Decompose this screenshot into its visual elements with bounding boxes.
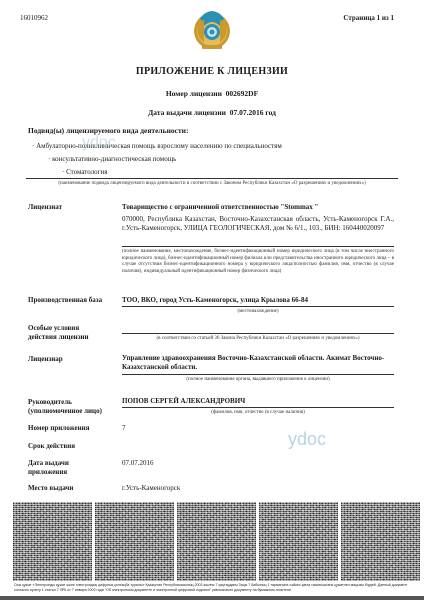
license-date-value: 07.07.2016 год (230, 108, 276, 117)
licensor-value: Управление здравоохранения Восточно-Каза… (122, 354, 394, 372)
qr-code-icon (177, 502, 256, 581)
divider (122, 407, 394, 408)
qr-code-icon (13, 502, 92, 581)
activity-item: · консультативно-диагностическая помощь (48, 155, 176, 163)
head-caption: (фамилия, имя, отчество (в случае наличи… (122, 410, 394, 416)
appendix-date-label: Дата выдачи приложения (28, 459, 69, 477)
license-number-value: 002692DF (226, 89, 259, 98)
license-date-line: Дата выдачи лицензии 07.07.2016 год (0, 108, 424, 117)
activity-item-text: Амбулаторно-поликлиническая помощь взрос… (36, 142, 282, 150)
licensee-caption: (полное наименование, местонахождение, б… (122, 249, 394, 275)
validity-label: Срок действия (28, 442, 75, 451)
licensee-address: 070000, Республика Казахстан, Восточно-К… (122, 215, 394, 233)
appendix-date-label-line2: приложения (28, 468, 69, 477)
head-value: ПОПОВ СЕРГЕЙ АЛЕКСАНДРОВИЧ (122, 397, 394, 406)
special-conditions-label-line2: действия лицензии (28, 333, 89, 342)
divider (122, 306, 394, 307)
licensee-name: Товарищество с ограниченной ответственно… (122, 203, 394, 212)
issue-place-value: г.Усть-Каменогорск (122, 484, 394, 493)
special-conditions-value (122, 322, 394, 331)
qr-code-icon (341, 502, 420, 581)
head-label-line1: Руководитель (28, 398, 102, 407)
activity-item-text: Стоматология (66, 168, 107, 176)
page-title: ПРИЛОЖЕНИЕ К ЛИЦЕНЗИИ (0, 66, 424, 77)
license-date-label: Дата выдачи лицензии (148, 108, 226, 117)
activity-caption: (наименование подвида лицензируемого вид… (26, 181, 398, 187)
appendix-number-value: 7 (122, 424, 394, 433)
head-label-line2: (уполномоченное лицо) (28, 407, 102, 416)
bottom-border (0, 596, 424, 600)
head-label: Руководитель (уполномоченное лицо) (28, 398, 102, 416)
divider (122, 374, 394, 375)
state-emblem-icon (192, 4, 232, 54)
qr-code-icon (95, 502, 174, 581)
appendix-date-value: 07.07.2016 (122, 459, 394, 468)
divider (122, 333, 394, 334)
divider (122, 246, 394, 247)
production-base-value: ТОО, ВКО, город Усть-Каменогорск, улица … (122, 296, 394, 305)
license-number-label: Номер лицензии (166, 89, 222, 98)
appendix-number-label: Номер приложения (28, 424, 90, 433)
activity-item: · Стоматология (62, 168, 108, 176)
watermark: ydoc (288, 429, 326, 450)
production-base-label: Производственная база (28, 296, 102, 305)
legal-disclaimer: Осы құжат «Электронды құжат және электро… (14, 583, 410, 593)
document-id: 16010962 (20, 14, 48, 22)
production-base-caption: (местонахождение) (122, 309, 394, 315)
appendix-date-label-line1: Дата выдачи (28, 459, 69, 468)
qr-code-icon (259, 502, 338, 581)
licensor-caption: (полное наименование органа, выдавшего п… (122, 377, 394, 383)
special-conditions-caption: (в соответствии со статьей 36 Закона Рес… (122, 336, 394, 342)
issue-place-label: Место выдачи (28, 484, 73, 493)
licensor-label: Лицензиар (28, 355, 63, 364)
license-number-line: Номер лицензии 002692DF (0, 89, 424, 98)
licensee-label: Лицензиат (28, 203, 62, 212)
watermark: ydoc (82, 134, 116, 152)
special-conditions-label-line1: Особые условия (28, 324, 89, 333)
activity-item: · Амбулаторно-поликлиническая помощь взр… (32, 142, 282, 150)
special-conditions-label: Особые условия действия лицензии (28, 324, 89, 342)
page-indicator: Страница 1 из 1 (343, 14, 394, 22)
activity-item-text: консультативно-диагностическая помощь (52, 155, 176, 163)
divider (26, 178, 398, 179)
